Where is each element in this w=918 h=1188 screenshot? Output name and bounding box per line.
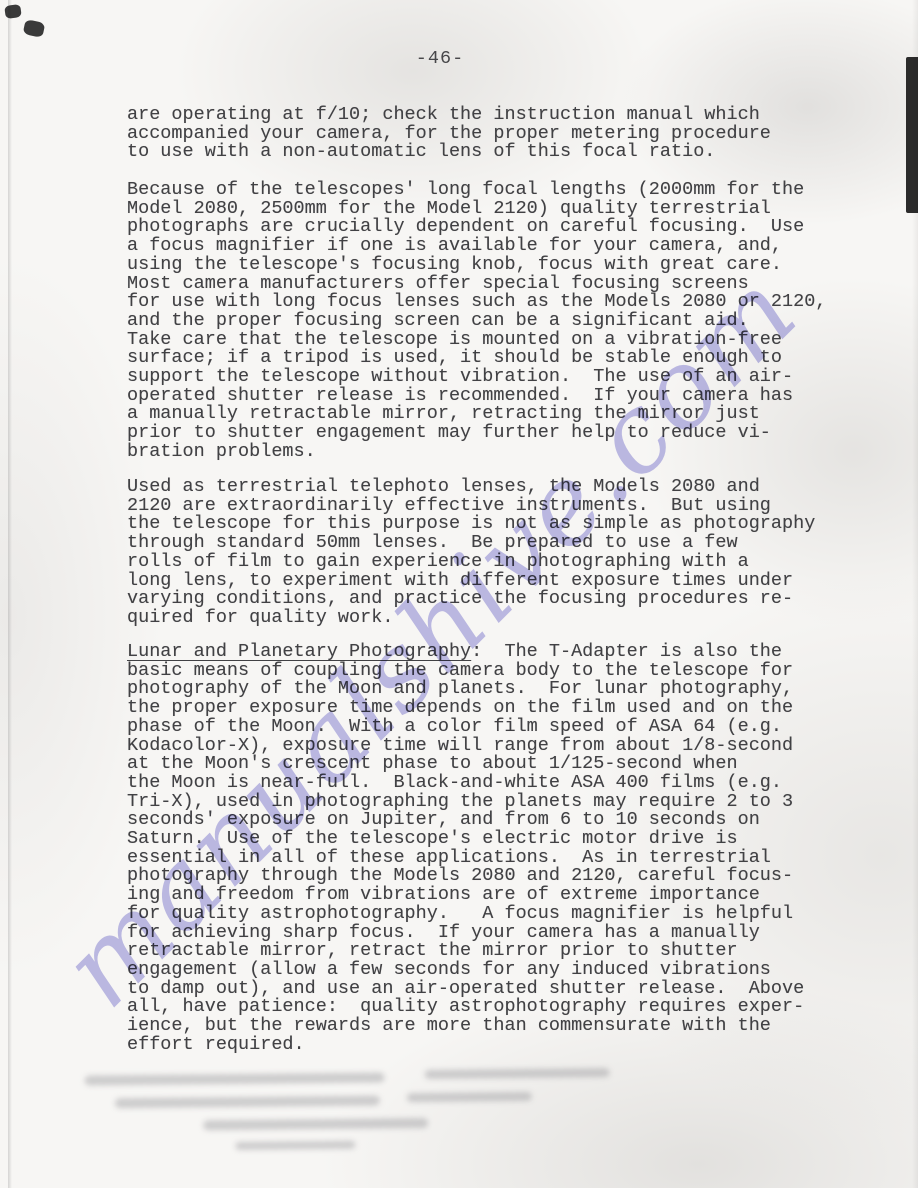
paragraph-telephoto: Used as terrestrial telephoto lenses, th… — [127, 478, 851, 628]
paragraph-lunar-planetary-body: : The T-Adapter is also the basic means … — [127, 641, 804, 1055]
bleedthrough-line — [235, 1141, 355, 1150]
page-number: -46- — [390, 48, 490, 69]
bleedthrough-line — [203, 1118, 428, 1130]
paragraph-lunar-planetary: Lunar and Planetary Photography: The T-A… — [127, 643, 851, 1054]
scan-artifact-corner-mark — [4, 4, 22, 19]
bleedthrough-line — [425, 1068, 610, 1079]
paragraph-metering: are operating at f/10; check the instruc… — [127, 106, 851, 162]
bleedthrough-artifact — [85, 1064, 766, 1161]
scan-artifact-right-strip — [906, 57, 918, 213]
bleedthrough-line — [407, 1092, 532, 1102]
bleedthrough-line — [115, 1095, 380, 1108]
scan-artifact-corner-mark — [23, 19, 46, 38]
paragraph-focusing: Because of the telescopes' long focal le… — [127, 181, 851, 462]
scanned-page: -46- are operating at f/10; check the in… — [0, 0, 918, 1188]
page-left-edge-line — [8, 0, 12, 1188]
bleedthrough-line — [85, 1072, 385, 1085]
